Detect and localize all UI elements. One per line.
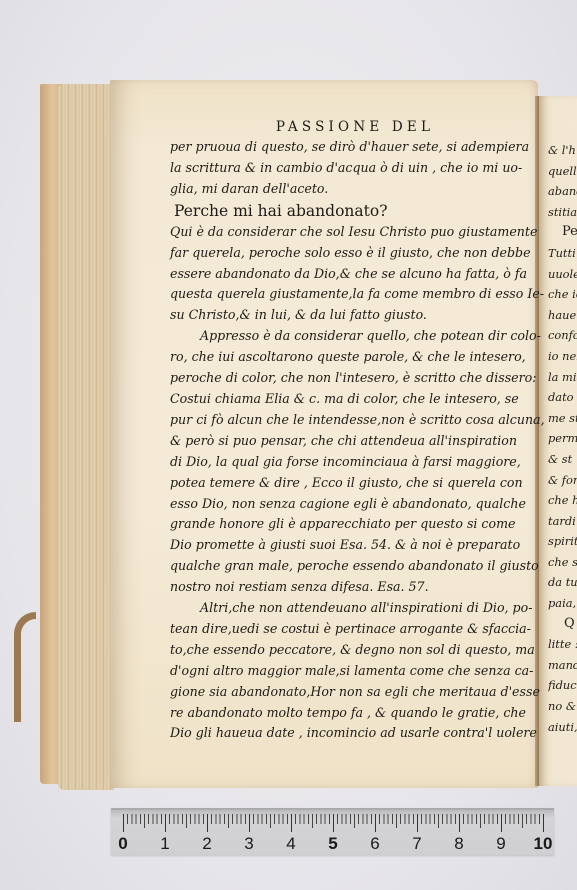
fragment: tardi xyxy=(548,511,577,532)
fragment: & for xyxy=(548,470,577,491)
fragment: Pe xyxy=(548,222,577,243)
ruler-major-tick xyxy=(165,814,166,832)
fragment: Q xyxy=(548,614,577,635)
book-gutter xyxy=(535,96,539,786)
ruler-major-tick xyxy=(207,814,208,832)
text-line: nostro noi restiam senza difesa. Esa. 57… xyxy=(170,577,510,598)
ruler-half-tick xyxy=(228,814,229,828)
fragment: Tutti xyxy=(548,243,577,264)
fragment: da tut xyxy=(548,572,577,593)
fragment: io nell xyxy=(548,346,577,367)
section-heading: Perche mi hai abandonato? xyxy=(174,200,510,222)
ruler-half-tick xyxy=(522,814,523,828)
text-line: grande honore gli è apparecchiato per qu… xyxy=(170,514,510,535)
text-line: Qui è da considerar che sol Iesu Christo… xyxy=(170,222,510,243)
facing-page-text: & l'h quello aband stitia. Pe Tutti uuol… xyxy=(548,140,577,737)
ruler-half-tick xyxy=(438,814,439,828)
ruler-major-tick xyxy=(249,814,250,832)
text-line: qualche gran male, peroche essendo aband… xyxy=(170,556,510,577)
ruler-major-tick xyxy=(417,814,418,832)
ruler-label: 9 xyxy=(496,834,505,854)
ruler-label: 4 xyxy=(286,834,295,854)
ruler-label: 2 xyxy=(202,834,211,854)
text-line: Dio gli haueua date , incomincio ad usar… xyxy=(170,723,510,744)
fragment: che ho xyxy=(548,490,577,511)
text-line: & però si puo pensar, che chi attendeua … xyxy=(170,431,510,452)
text-line: pur ci fò alcun che le intendesse,non è … xyxy=(170,410,510,431)
page-text: PASSIONE DEL per pruoua di questo, se di… xyxy=(170,117,510,744)
text-line: peroche di color, che non l'intesero, è … xyxy=(170,368,510,389)
fragment: aband xyxy=(548,181,577,202)
fragment: fiduc xyxy=(548,675,577,696)
fragment: confor xyxy=(548,325,577,346)
fragment: la mia xyxy=(548,367,577,388)
ruler-label: 10 xyxy=(534,834,553,854)
fragment: & l'h xyxy=(548,140,577,161)
text-line: di Dio, la qual gia forse incominciaua à… xyxy=(170,452,510,473)
text-line: tean dire,uedi se costui è pertinace arr… xyxy=(170,619,510,640)
ruler-major-tick xyxy=(375,814,376,832)
text-line: re abandonato molto tempo fa , & quando … xyxy=(170,703,510,724)
fragment: no & xyxy=(548,696,577,717)
fragment: aiuti, xyxy=(548,717,577,738)
text-line: esso Dio, non senza cagione egli è aband… xyxy=(170,494,510,515)
text-line: questa querela giustamente,la fa come me… xyxy=(170,284,510,305)
scale-ruler: 012345678910 xyxy=(111,808,554,855)
ruler-major-tick xyxy=(291,814,292,832)
ruler-label: 3 xyxy=(244,834,253,854)
ruler-major-tick xyxy=(501,814,502,832)
text-line: la scrittura & in cambio d'acqua ò di ui… xyxy=(170,158,510,179)
text-line: to,che essendo peccatore, & degno non so… xyxy=(170,640,510,661)
text-line: glia, mi daran dell'aceto. xyxy=(170,179,510,200)
fragment: & st xyxy=(548,449,577,470)
ruler-major-tick xyxy=(543,814,544,832)
fragment: mand xyxy=(548,655,577,676)
fragment: spirito xyxy=(548,531,577,552)
ruler-half-tick xyxy=(480,814,481,828)
fragment: che s xyxy=(548,552,577,573)
text-line: Costui chiama Elia & c. ma di color, che… xyxy=(170,389,510,410)
fragment: quello xyxy=(548,161,577,182)
fragment: litte : xyxy=(548,634,577,655)
ruler-half-tick xyxy=(396,814,397,828)
ruler-label: 0 xyxy=(118,834,127,854)
text-line: far querela, peroche solo esso è il gius… xyxy=(170,243,510,264)
ruler-half-tick xyxy=(270,814,271,828)
text-line: essere abandonato da Dio,& che se alcuno… xyxy=(170,264,510,285)
ruler-half-tick xyxy=(354,814,355,828)
ruler-major-tick xyxy=(123,814,124,832)
fragment: dato xyxy=(548,387,577,408)
text-line: su Christo,& in lui, & da lui fatto gius… xyxy=(170,305,510,326)
text-line: d'ogni altro maggior male,si lamenta com… xyxy=(170,661,510,682)
fragment: stitia. xyxy=(548,202,577,223)
ruler-half-tick xyxy=(312,814,313,828)
text-line: gione sia abandonato,Hor non sa egli che… xyxy=(170,682,510,703)
fragment: che io xyxy=(548,284,577,305)
bookmark-ribbon xyxy=(14,612,36,722)
ruler-major-tick xyxy=(333,814,334,832)
ruler-label: 6 xyxy=(370,834,379,854)
text-line: potea temere & dire , Ecco il giusto, ch… xyxy=(170,473,510,494)
ruler-half-tick xyxy=(186,814,187,828)
ruler-label: 7 xyxy=(412,834,421,854)
text-line: Dio promette à giusti suoi Esa. 54. & à … xyxy=(170,535,510,556)
ruler-label: 1 xyxy=(160,834,169,854)
running-head: PASSIONE DEL xyxy=(200,117,510,137)
ruler-label: 5 xyxy=(328,834,337,854)
page-edges xyxy=(58,84,114,790)
fragment: hauer xyxy=(548,305,577,326)
fragment: perm xyxy=(548,428,577,449)
fragment: uuole xyxy=(548,264,577,285)
fragment: me st xyxy=(548,408,577,429)
ruler-half-tick xyxy=(144,814,145,828)
text-line: ro, che iui ascoltarono queste parole, &… xyxy=(170,347,510,368)
text-line: Altri,che non attendeuano all'inspiratio… xyxy=(170,598,510,619)
ruler-major-tick xyxy=(459,814,460,832)
text-line: per pruoua di questo, se dirò d'hauer se… xyxy=(170,137,510,158)
fragment: paia, xyxy=(548,593,577,614)
text-line: Appresso è da considerar quello, che pot… xyxy=(170,326,510,347)
ruler-label: 8 xyxy=(454,834,463,854)
